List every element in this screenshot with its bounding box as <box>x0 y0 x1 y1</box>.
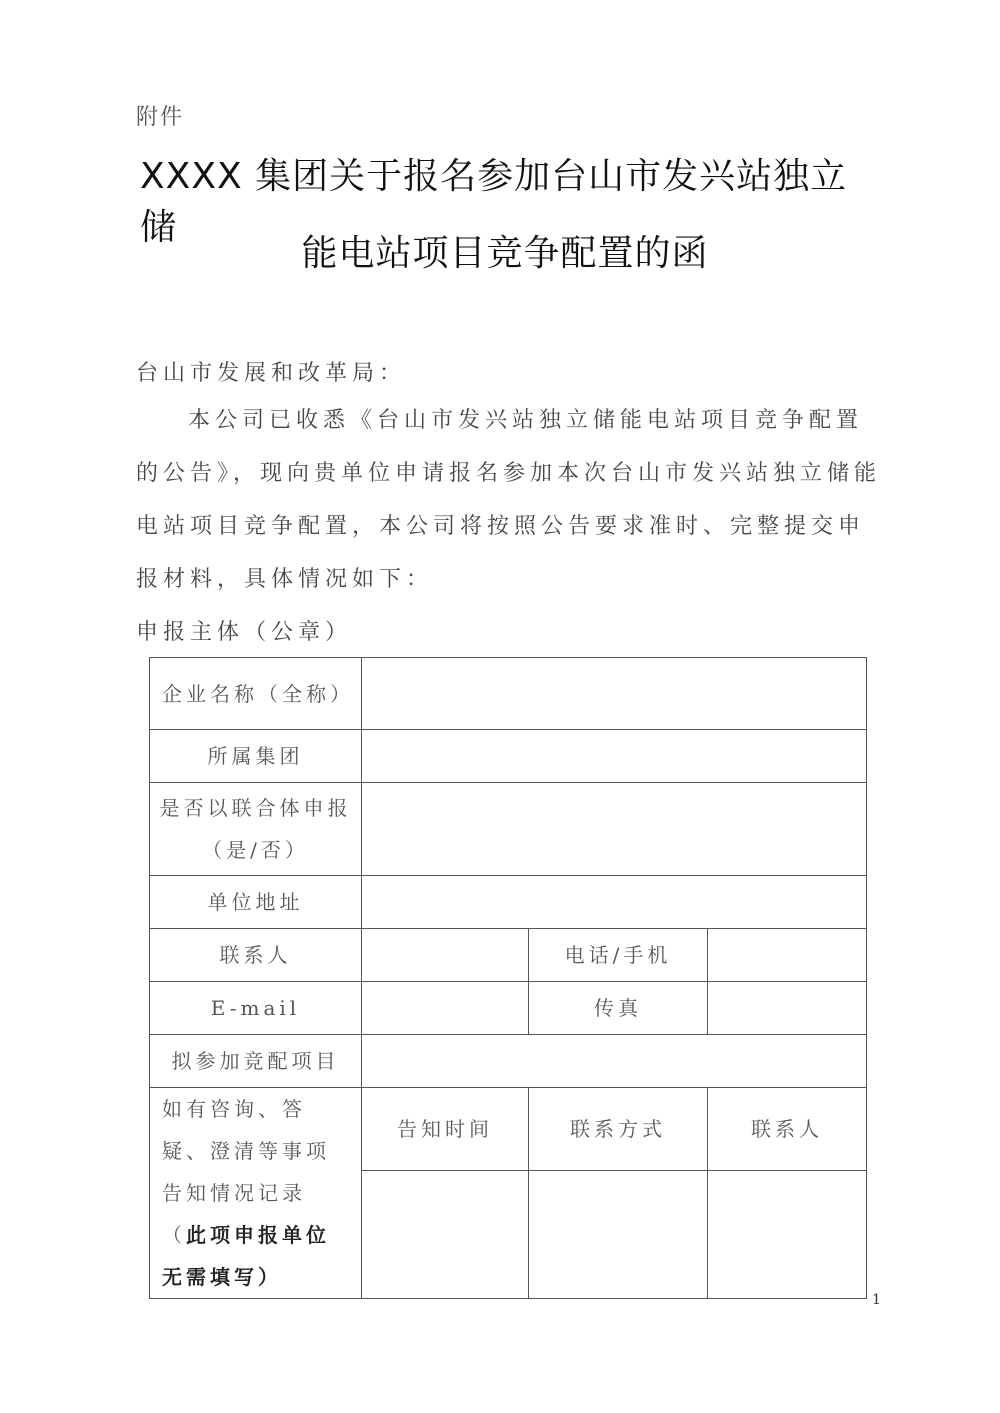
document-title-line-2: 能电站项目竞争配置的函 <box>0 225 1000 276</box>
table-row: E-mail 传真 <box>150 982 867 1035</box>
consortium-label: 是否以联合体申报 （是/否） <box>150 783 362 876</box>
addressee: 台山市发展和改革局： <box>136 347 881 400</box>
record-label: 如有咨询、答疑、澄清等事项告知情况记录（此项申报单位无需填写） <box>150 1088 362 1299</box>
fax-field[interactable] <box>708 982 867 1035</box>
table-row: 拟参加竞配项目 <box>150 1035 867 1088</box>
fax-label: 传真 <box>529 982 708 1035</box>
address-label: 单位地址 <box>150 876 362 929</box>
table-row: 单位地址 <box>150 876 867 929</box>
table-row: 如有咨询、答疑、澄清等事项告知情况记录（此项申报单位无需填写） 告知时间 联系方… <box>150 1088 867 1171</box>
phone-field[interactable] <box>708 929 867 982</box>
record-contact-header: 联系人 <box>708 1088 867 1171</box>
record-label-note: 此项申报单位无需填写） <box>162 1223 330 1289</box>
notify-time-field[interactable] <box>362 1170 529 1298</box>
email-field[interactable] <box>362 982 529 1035</box>
page-number: 1 <box>872 1292 881 1308</box>
phone-label: 电话/手机 <box>529 929 708 982</box>
contact-label: 联系人 <box>150 929 362 982</box>
project-label: 拟参加竞配项目 <box>150 1035 362 1088</box>
subject-label: 申报主体（公章） <box>136 606 881 659</box>
group-label: 所属集团 <box>150 730 362 783</box>
table-row: 所属集团 <box>150 730 867 783</box>
notify-time-header: 告知时间 <box>362 1088 529 1171</box>
table-row: 是否以联合体申报 （是/否） <box>150 783 867 876</box>
consortium-label-line-1: 是否以联合体申报 <box>150 787 361 829</box>
table-row: 企业名称（全称） <box>150 658 867 730</box>
group-field[interactable] <box>362 730 867 783</box>
company-name-field[interactable] <box>362 658 867 730</box>
attachment-label: 附件 <box>136 100 184 131</box>
email-label: E-mail <box>150 982 362 1035</box>
application-form-table: 企业名称（全称） 所属集团 是否以联合体申报 （是/否） 单位地址 联系人 电话… <box>149 657 867 1299</box>
body-paragraph: 本公司已收悉《台山市发兴站独立储能电站项目竞争配置的公告》，现向贵单位申请报名参… <box>136 394 881 606</box>
consortium-label-line-2: （是/否） <box>150 829 361 871</box>
contact-field[interactable] <box>362 929 529 982</box>
consortium-field[interactable] <box>362 783 867 876</box>
contact-method-header: 联系方式 <box>529 1088 708 1171</box>
company-name-label: 企业名称（全称） <box>150 658 362 730</box>
record-contact-field[interactable] <box>708 1170 867 1298</box>
contact-method-field[interactable] <box>529 1170 708 1298</box>
table-row: 联系人 电话/手机 <box>150 929 867 982</box>
address-field[interactable] <box>362 876 867 929</box>
project-field[interactable] <box>362 1035 867 1088</box>
